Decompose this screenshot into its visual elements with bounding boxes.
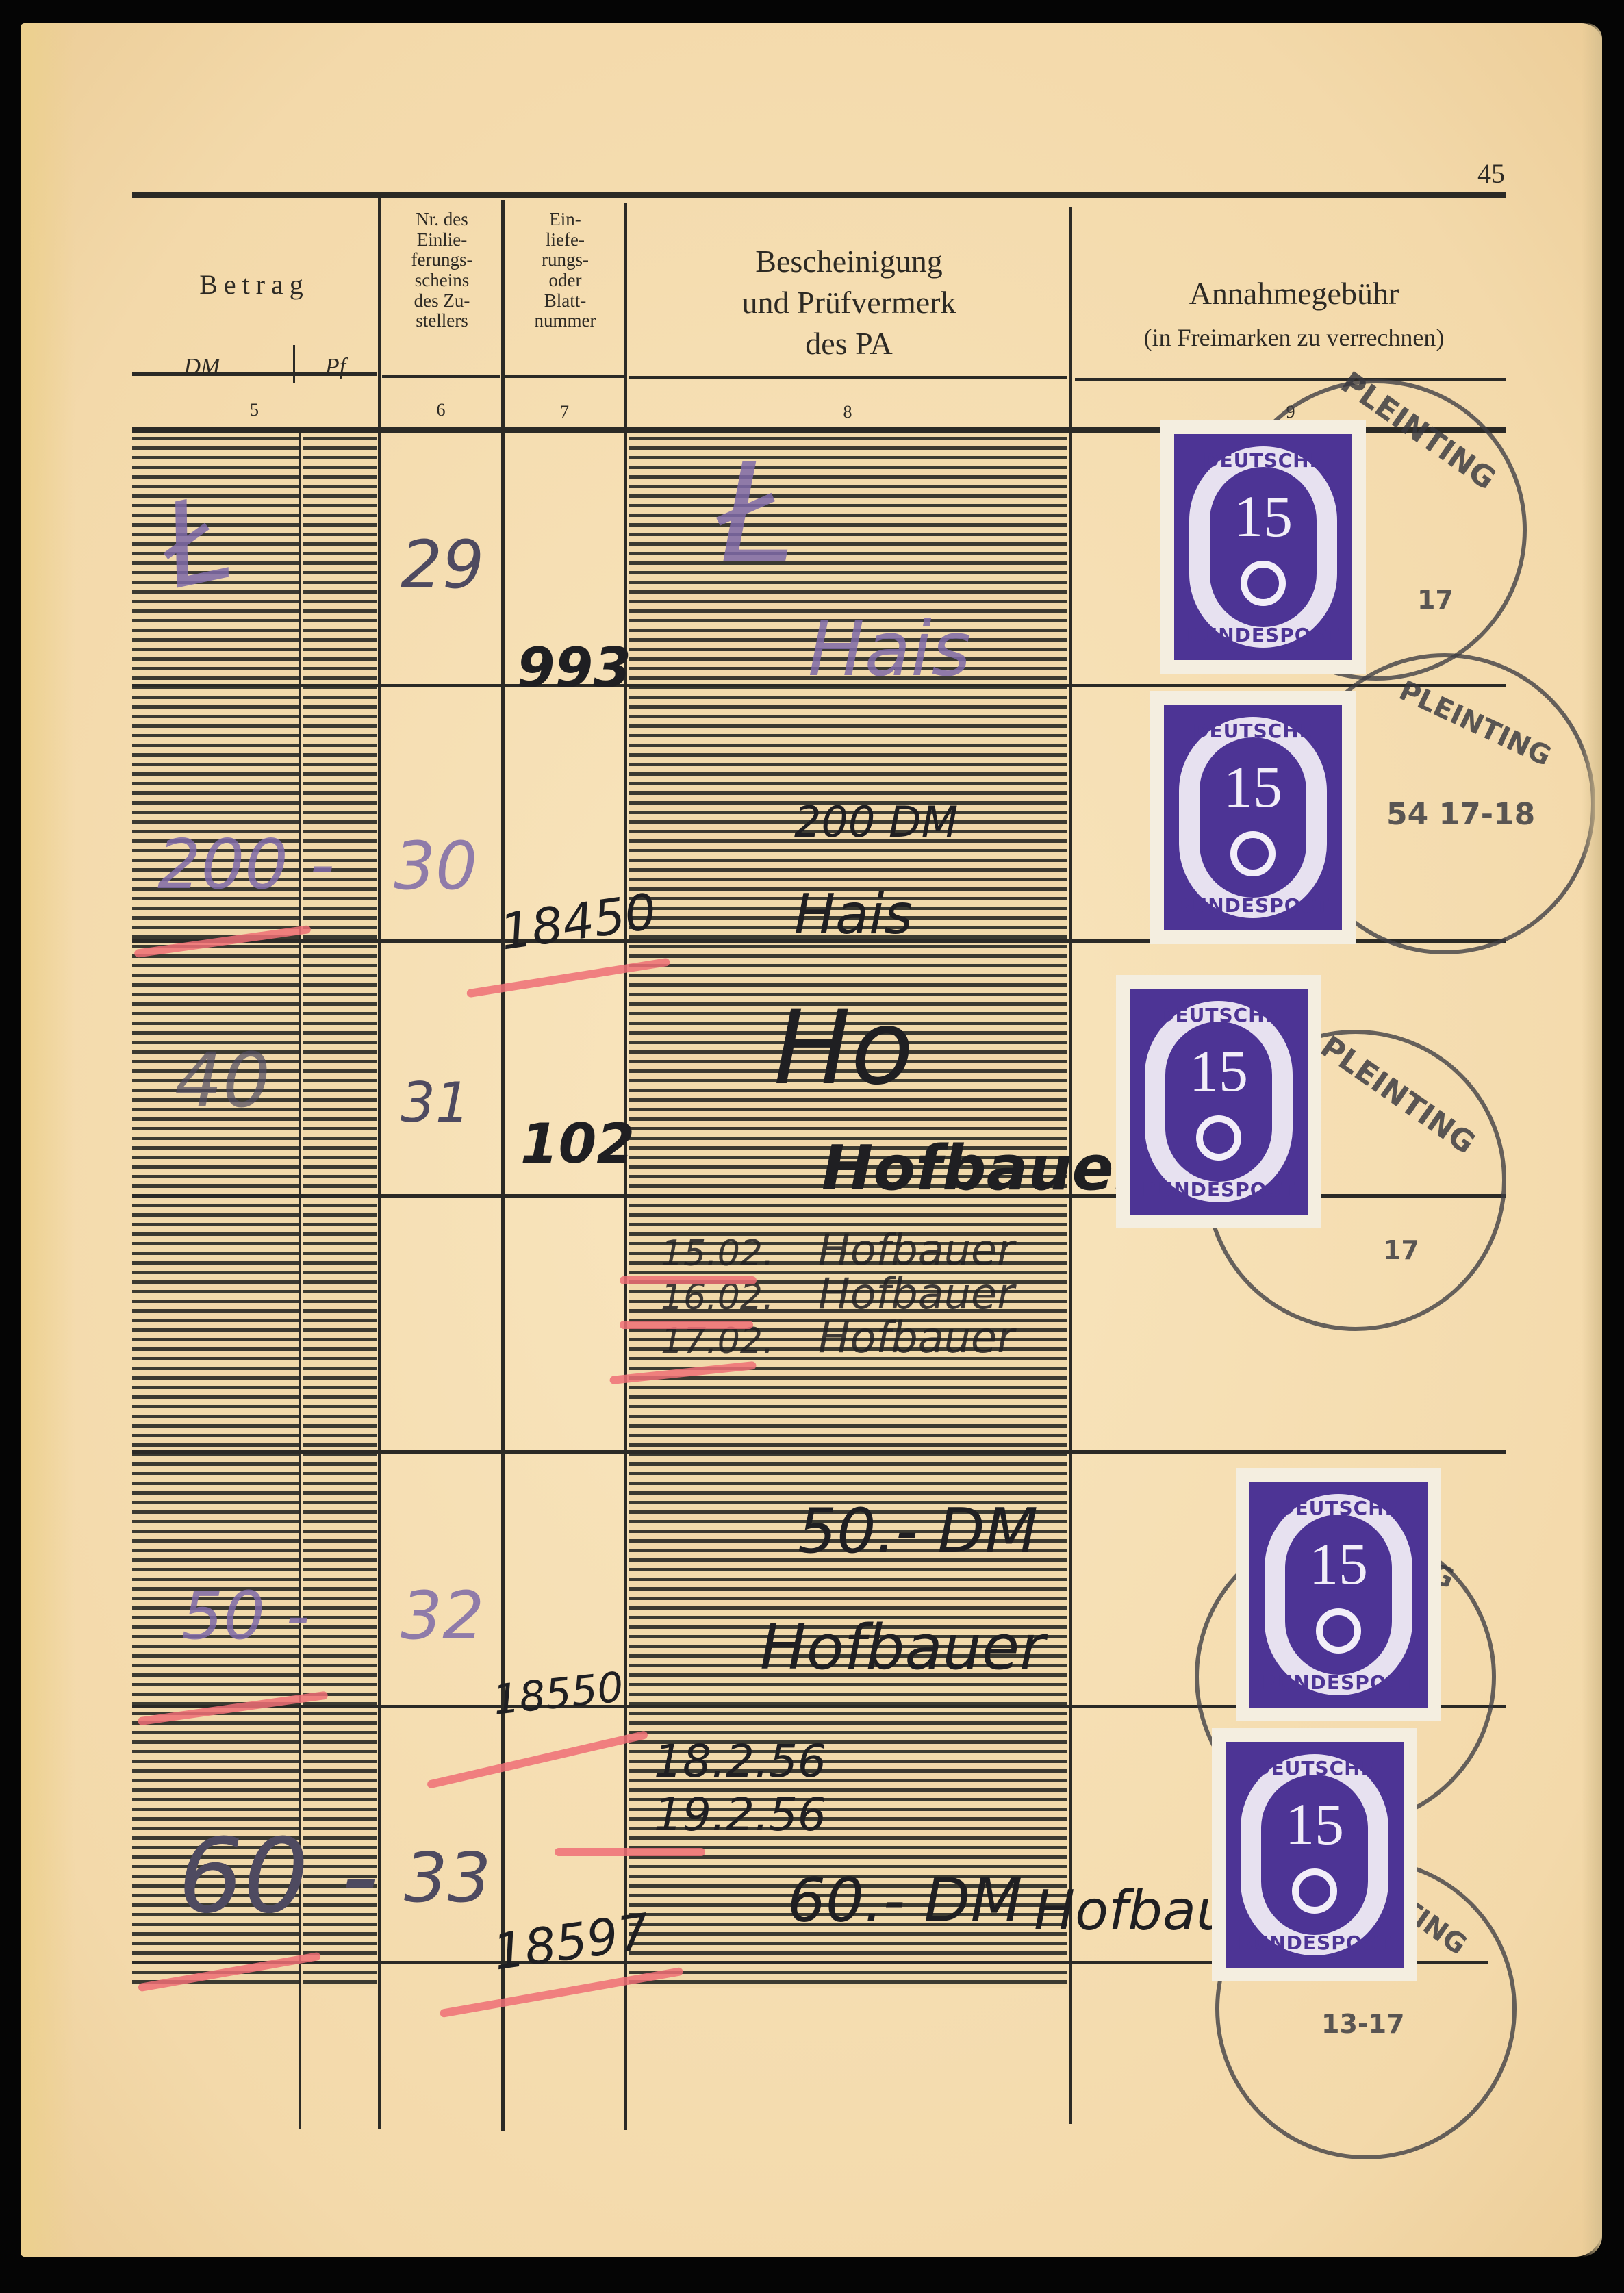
stamp-bottom-text: BUNDESPOST — [1174, 624, 1352, 646]
post-horn-icon — [1230, 831, 1276, 876]
row-sheet-number: 18550 — [491, 1663, 626, 1725]
stamp-top-text: DEUTSCHE — [1130, 1004, 1308, 1026]
header-rule — [382, 375, 500, 378]
stamp-value: 15 — [1130, 1037, 1308, 1105]
postage-stamp-3: DEUTSCHE 15 BUNDESPOST — [1116, 975, 1321, 1228]
row-certification-initial: Ł — [719, 434, 796, 594]
row-dates: 18.2.56 19.2.56 — [654, 1735, 826, 1842]
page-number: 45 — [1477, 157, 1505, 190]
row-sheet-number: 102 — [520, 1112, 635, 1176]
row-certification-amount: 60.- DM — [787, 1865, 1022, 1936]
row-sheet-number: 993 — [517, 636, 631, 700]
post-horn-icon — [1292, 1868, 1337, 1914]
postmark-date: 17 — [1417, 585, 1454, 615]
post-horn-icon — [1196, 1115, 1241, 1161]
header-col7: Ein- liefe- rungs- oder Blatt- nummer — [505, 210, 625, 331]
red-check-mark — [620, 1276, 757, 1284]
row-certification-signature: Hais — [808, 605, 971, 693]
header-rule — [629, 376, 1067, 379]
hatch-dm-column — [132, 431, 300, 1988]
red-check-mark — [555, 1848, 705, 1856]
stamp-top-text: DEUTSCHE — [1226, 1757, 1404, 1779]
header-rule — [132, 372, 377, 376]
postmark-date: 13-17 — [1321, 2009, 1405, 2039]
stamp-bottom-text: BUNDESPOST — [1130, 1178, 1308, 1201]
red-check-mark — [440, 1967, 684, 2018]
stamp-top-text: DEUTSCHE — [1249, 1497, 1428, 1519]
row-certification-signature: Hofbauer — [822, 1132, 1144, 1204]
row-amount: 60 - — [178, 1817, 379, 1936]
column-number-6: 6 — [382, 400, 500, 420]
row-signatures: Hofbauer Hofbauer Hofbauer — [818, 1228, 1015, 1360]
column-line — [501, 200, 505, 2131]
postage-stamp-2: DEUTSCHE 15 BUNDESPOST — [1150, 691, 1356, 944]
post-horn-icon — [1316, 1608, 1361, 1654]
stamp-value: 15 — [1249, 1530, 1428, 1598]
postmark-date: 17 — [1383, 1235, 1419, 1265]
post-horn-icon — [1241, 561, 1286, 606]
column-number-5: 5 — [132, 400, 377, 420]
row-amount: 50 - — [181, 1578, 309, 1654]
row-amount: 200 - — [157, 824, 335, 904]
row-certification-initial: Ho — [774, 989, 914, 1108]
row-separator — [132, 1450, 1506, 1454]
row-certification-amount: 200 DM — [794, 797, 958, 847]
postage-stamp-5: DEUTSCHE 15 BUNDESPOST — [1212, 1728, 1417, 1981]
postmark-date: 54 17-18 — [1386, 797, 1535, 832]
row-receipt-number: 30 — [394, 828, 477, 904]
row-receipt-number: 31 — [401, 1071, 470, 1135]
stamp-bottom-text: BUNDESPOST — [1249, 1671, 1428, 1694]
postage-stamp-1: DEUTSCHE 15 BUNDESPOST — [1160, 420, 1366, 674]
header-col8: Bescheinigung und Prüfvermerk des PA — [626, 241, 1071, 364]
stamp-value: 15 — [1226, 1790, 1404, 1858]
stamp-top-text: DEUTSCHE — [1174, 449, 1352, 472]
stamp-value: 15 — [1164, 752, 1342, 821]
stamp-bottom-text: BUNDESPOST — [1164, 894, 1342, 917]
row-certification-amount: 50.- DM — [798, 1495, 1038, 1567]
row-dates: 15.02. 16.02. 17.02. — [661, 1232, 774, 1363]
row-amount: 40 — [175, 1037, 270, 1124]
hatch-pf-column — [303, 431, 377, 1988]
red-check-mark — [427, 1730, 648, 1789]
column-number-7: 7 — [505, 402, 624, 422]
row-receipt-number: 33 — [404, 1838, 491, 1918]
postage-stamp-4: DEUTSCHE 15 BUNDESPOST — [1236, 1468, 1441, 1721]
dm-pf-header-divider — [293, 345, 295, 383]
row-certification-signature: Hais — [794, 883, 913, 946]
stamp-top-text: DEUTSCHE — [1164, 720, 1342, 742]
header-col9-title: Annahmegebühr — [1075, 277, 1513, 312]
column-number-8: 8 — [629, 402, 1067, 422]
stamp-bottom-text: BUNDESPOST — [1226, 1931, 1404, 1954]
red-check-mark — [620, 1321, 753, 1329]
header-rule — [505, 375, 624, 378]
stamp-value: 15 — [1174, 482, 1352, 550]
header-col9-subtitle: (in Freimarken zu verrechnen) — [1075, 325, 1513, 352]
row-receipt-number: 29 — [401, 527, 484, 603]
header-rule — [1075, 378, 1506, 381]
column-line — [378, 198, 381, 2129]
row-receipt-number: 32 — [401, 1578, 484, 1654]
top-rule — [132, 192, 1506, 198]
header-betrag: Betrag — [132, 270, 377, 300]
header-col6: Nr. des Einlie- ferungs- scheins des Zu-… — [382, 210, 502, 331]
passbook-page: 45 Betrag DM Pf Nr. des Einlie- ferungs-… — [21, 23, 1602, 2257]
row-certification-signature: Hofbauer — [760, 1612, 1045, 1684]
